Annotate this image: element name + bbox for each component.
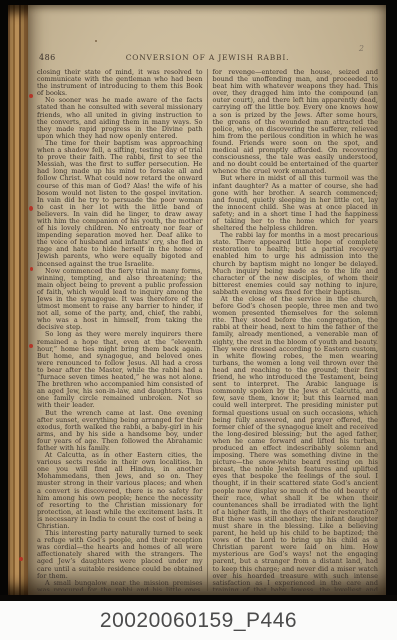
red-speck	[19, 557, 23, 561]
archive-label-bar: 20020060159_P446	[0, 601, 397, 640]
page-header: 486 CONVERSION OF A JEWISH RABBI. 2	[37, 52, 378, 64]
red-speck	[29, 94, 33, 98]
paragraph: The rabbi lay for months in a most preca…	[213, 232, 379, 296]
book-spine-gutter	[8, 5, 28, 597]
red-speck	[29, 344, 33, 348]
red-speck	[29, 206, 33, 211]
archive-id-label: 20020060159_P446	[100, 609, 297, 633]
paragraph: This interesting party naturally turned …	[37, 530, 203, 580]
paragraph: closing their state of mind, it was reso…	[37, 69, 203, 97]
pencil-mark: 2	[359, 44, 364, 53]
scanned-book-page: 486 CONVERSION OF A JEWISH RABBI. 2 clos…	[0, 0, 397, 640]
paragraph: Now commenced the fiery trial in many fo…	[37, 268, 203, 332]
paragraph: So long as they were merely inquirers th…	[37, 331, 203, 409]
paragraph: At the close of the service in the churc…	[213, 296, 379, 591]
paragraph: But the wrench came at last. One evening…	[37, 410, 203, 453]
paragraph: A small bungalow near the mission premis…	[37, 580, 203, 591]
two-column-text: closing their state of mind, it was reso…	[37, 69, 378, 591]
right-column: for revenge—entered the house, seized an…	[208, 69, 379, 591]
left-column: closing their state of mind, it was reso…	[37, 69, 207, 591]
paragraph: for revenge—entered the house, seized an…	[213, 69, 379, 175]
paragraph: But where in midst of all this turmoil w…	[213, 175, 379, 232]
paragraph: At Calcutta, as in other Eastern cities,…	[37, 452, 203, 530]
paper-speck	[95, 40, 97, 42]
paragraph: The time for their baptism was approachi…	[37, 140, 203, 268]
paragraph: No sooner was he made aware of the facts…	[37, 97, 203, 140]
book-page: 486 CONVERSION OF A JEWISH RABBI. 2 clos…	[28, 5, 386, 597]
running-title: CONVERSION OF A JEWISH RABBI.	[37, 53, 378, 62]
red-speck	[30, 267, 33, 271]
